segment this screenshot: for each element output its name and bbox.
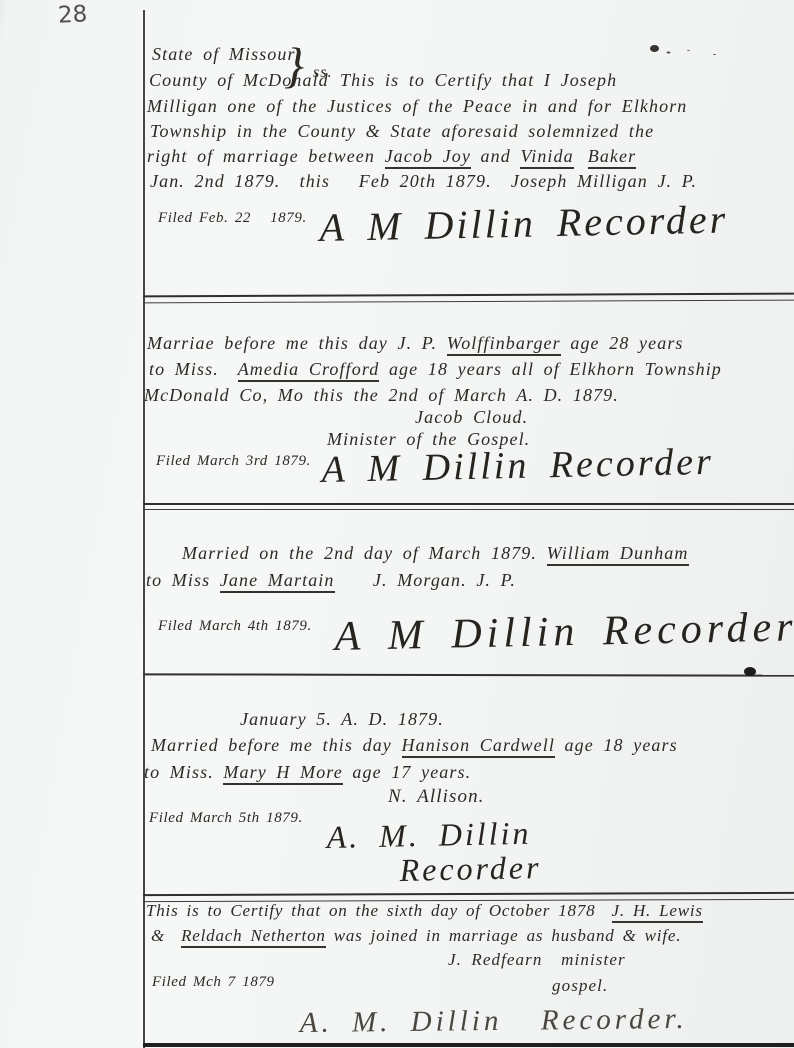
- record-body-line: This is to Certify that on the sixth day…: [146, 901, 703, 921]
- document-page: 28 State of Missouri County of McDonald …: [0, 0, 794, 1048]
- officiant-line-2: gospel.: [552, 976, 608, 996]
- filed-note: Filed Mch 7 1879: [152, 973, 275, 991]
- record-body-line: & Reldach Netherton was joined in marria…: [151, 926, 681, 946]
- recorder-signature: A. M. Dillin Recorder.: [300, 1002, 688, 1041]
- line-text: &: [151, 926, 181, 945]
- marriage-record-5: This is to Certify that on the sixth day…: [0, 0, 794, 1048]
- officiant-line: J. Redfearn minister: [448, 950, 626, 970]
- groom-name: J. H. Lewis: [612, 901, 703, 923]
- line-text: This is to Certify that on the sixth day…: [146, 901, 612, 920]
- bride-name: Reldach Netherton: [181, 926, 326, 948]
- line-text: was joined in marriage as husband & wife…: [326, 926, 682, 945]
